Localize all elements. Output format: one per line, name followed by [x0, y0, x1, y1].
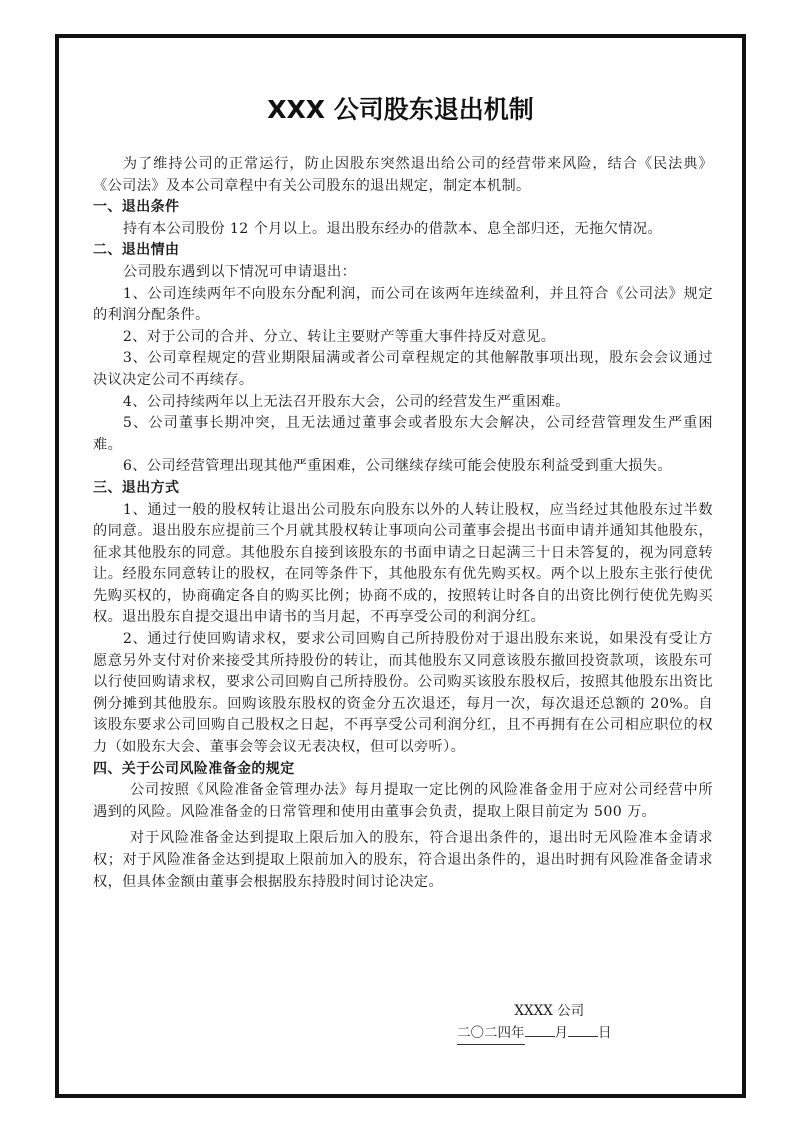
signature-date: 二〇二四年月日	[457, 1022, 612, 1045]
list-item: 3、公司章程规定的营业期限届满或者公司章程规定的其他解散事项出现，股东会会议通过…	[93, 348, 713, 391]
section-exit-methods: 三、退出方式 1、通过一般的股权转让退出公司股东向股东以外的人转让股权，应当经过…	[93, 478, 713, 759]
list-item: 5、公司董事长期冲突，且无法通过董事会或者股东大会解决，公司经营管理发生严重困难…	[93, 413, 713, 456]
paragraph: 公司按照《风险准备金管理办法》每月提取一定比例的风险准备金用于应对公司经营中所遇…	[93, 780, 713, 823]
section-heading: 二、退出情由	[93, 240, 713, 262]
document-page: XXX 公司股东退出机制 为了维持公司的正常运行，防止因股东突然退出给公司的经营…	[55, 34, 746, 1098]
list-item: 1、通过一般的股权转让退出公司股东向股东以外的人转让股权，应当经过其他股东过半数…	[93, 500, 713, 630]
signature-block: XXXX 公司 二〇二四年月日	[487, 1000, 612, 1045]
section-heading: 三、退出方式	[93, 478, 713, 500]
section-heading: 四、关于公司风险准备金的规定	[93, 759, 713, 781]
signature-company: XXXX 公司	[487, 1000, 612, 1022]
month-label: 月	[555, 1025, 569, 1041]
section-exit-conditions: 一、退出条件 持有本公司股份 12 个月以上。退出股东经办的借款本、息全部归还，…	[93, 197, 713, 240]
day-blank	[568, 1022, 598, 1037]
section-heading: 一、退出条件	[93, 197, 713, 219]
list-item: 4、公司持续两年以上无法召开股东大会，公司的经营发生严重困难。	[93, 392, 713, 414]
intro-paragraph: 为了维持公司的正常运行，防止因股东突然退出给公司的经营带来风险，结合《民法典》《…	[93, 154, 713, 197]
month-blank	[525, 1022, 555, 1037]
list-item: 6、公司经营管理出现其他严重困难，公司继续存续可能会使股东利益受到重大损失。	[93, 456, 713, 478]
document-body: 为了维持公司的正常运行，防止因股东突然退出给公司的经营带来风险，结合《民法典》《…	[93, 154, 713, 893]
section-exit-reasons: 二、退出情由 公司股东遇到以下情况可申请退出： 1、公司连续两年不向股东分配利润…	[93, 240, 713, 478]
list-item: 1、公司连续两年不向股东分配利润，而公司在该两年连续盈利，并且符合《公司法》规定…	[93, 284, 713, 327]
list-item: 2、通过行使回购请求权，要求公司回购自己所持股份对于退出股东来说，如果没有受让方…	[93, 629, 713, 759]
section-risk-reserve: 四、关于公司风险准备金的规定 公司按照《风险准备金管理办法》每月提取一定比例的风…	[93, 759, 713, 894]
day-label: 日	[598, 1025, 612, 1041]
date-year: 二〇二四年	[457, 1022, 525, 1045]
document-title: XXX 公司股东退出机制	[59, 90, 742, 126]
list-item: 2、对于公司的合并、分立、转让主要财产等重大事件持反对意见。	[93, 327, 713, 349]
paragraph: 对于风险准备金达到提取上限后加入的股东，符合退出条件的，退出时无风险准本金请求权…	[93, 828, 713, 893]
paragraph: 公司股东遇到以下情况可申请退出：	[93, 262, 713, 284]
paragraph: 持有本公司股份 12 个月以上。退出股东经办的借款本、息全部归还，无拖欠情况。	[93, 219, 713, 241]
